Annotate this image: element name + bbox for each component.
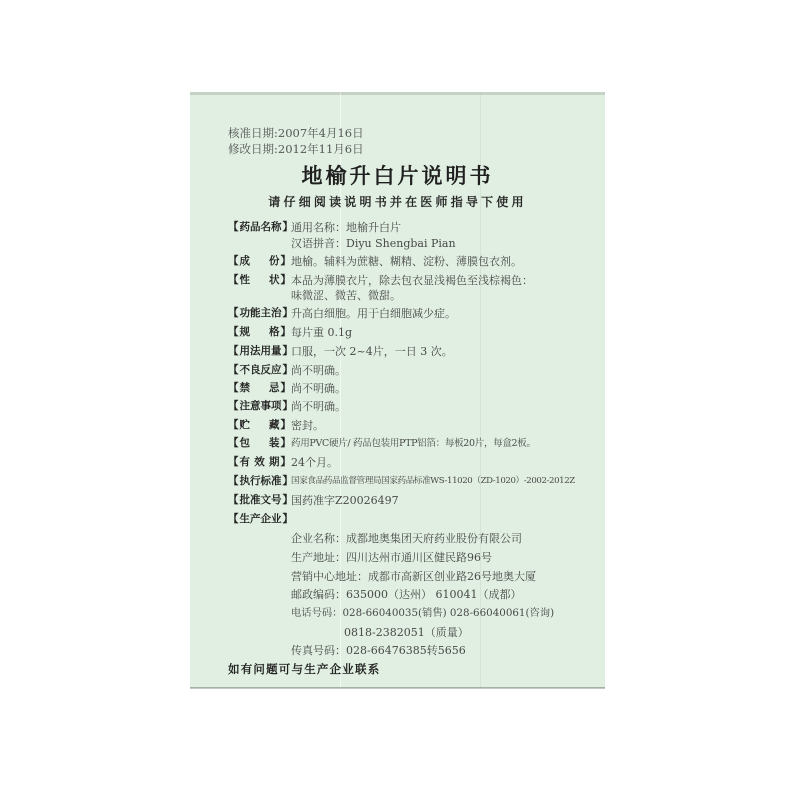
section-approval-number: 【批准文号】 国药准字Z20026497	[228, 493, 597, 508]
section-precautions: 【注意事项】 尚不明确。	[228, 399, 597, 414]
section-value: 24个月。	[291, 455, 597, 470]
paper-bottom-edge	[190, 687, 605, 689]
fax-number: 传真号码：028-66476385转5656	[291, 643, 466, 658]
section-label: 【用法用量】	[228, 344, 291, 359]
section-label: 【执行标准】	[228, 474, 291, 489]
section-value-cont: 味微涩、微苦、微甜。	[291, 288, 401, 303]
section-description: 【性状】 本品为薄膜衣片，除去包衣显浅褐色至浅棕褐色：	[228, 273, 597, 288]
section-drug-name: 【药品名称】 通用名称：地榆升白片	[228, 220, 597, 235]
section-shelf-life: 【有效期】 24个月。	[228, 455, 597, 470]
phone-numbers: 电话号码：028-66040035(销售) 028-66040061(咨询)	[291, 606, 554, 621]
marketing-address: 营销中心地址：成都市高新区创业路26号地奥大厦	[291, 569, 536, 584]
section-value: 尚不明确。	[291, 399, 597, 414]
section-value: 国家食品药品监督管理局国家药品标准WS-11020（ZD-1020）-2002-…	[291, 474, 597, 489]
contact-note: 如有问题可与生产企业联系	[228, 661, 380, 677]
production-address: 生产地址：四川达州市通川区健民路96号	[291, 550, 492, 565]
section-label: 【成份】	[228, 254, 291, 269]
section-label: 【不良反应】	[228, 363, 291, 378]
section-value: 每片重 0.1g	[291, 325, 597, 340]
section-dosage: 【用法用量】 口服，一次 2~4片，一日 3 次。	[228, 344, 597, 359]
section-label: 【规格】	[228, 325, 291, 340]
section-value: 口服，一次 2~4片，一日 3 次。	[291, 344, 597, 359]
section-value: 地榆。辅料为蔗糖、糊精、淀粉、薄膜包衣剂。	[291, 254, 597, 269]
section-label: 【性状】	[228, 273, 291, 288]
section-value: 尚不明确。	[291, 381, 597, 396]
section-adverse-reactions: 【不良反应】 尚不明确。	[228, 363, 597, 378]
section-storage: 【贮藏】 密封。	[228, 418, 597, 433]
section-value: 本品为薄膜衣片，除去包衣显浅褐色至浅棕褐色：	[291, 273, 597, 288]
section-label: 【有效期】	[228, 455, 291, 470]
section-label: 【生产企业】	[228, 512, 291, 527]
section-value: 通用名称：地榆升白片	[291, 220, 597, 235]
document-title: 地榆升白片说明书	[190, 160, 605, 190]
section-value: 尚不明确。	[291, 363, 597, 378]
section-value: 国药准字Z20026497	[291, 493, 597, 508]
paper-top-edge	[190, 93, 605, 95]
section-value: 药用PVC硬片/ 药品包装用PTP铝箔：每板20片，每盒2板。	[291, 436, 597, 451]
postal-code: 邮政编码：635000（达州） 610041（成都）	[291, 587, 521, 602]
section-label: 【批准文号】	[228, 493, 291, 508]
revision-date: 修改日期:2012年11月6日	[228, 142, 364, 156]
section-value: 密封。	[291, 418, 597, 433]
section-label: 【功能主治】	[228, 306, 291, 321]
section-manufacturer: 【生产企业】	[228, 512, 597, 527]
document-subtitle: 请仔细阅读说明书并在医师指导下使用	[190, 193, 605, 210]
section-label: 【贮藏】	[228, 418, 291, 433]
section-standard: 【执行标准】 国家食品药品监督管理局国家药品标准WS-11020（ZD-1020…	[228, 474, 597, 489]
approval-date: 核准日期:2007年4月16日	[228, 126, 364, 140]
section-specification: 【规格】 每片重 0.1g	[228, 325, 597, 340]
section-label: 【注意事项】	[228, 399, 291, 414]
company-name: 企业名称：成都地奥集团天府药业股份有限公司	[291, 531, 522, 546]
section-ingredients: 【成份】 地榆。辅料为蔗糖、糊精、淀粉、薄膜包衣剂。	[228, 254, 597, 269]
section-label: 【药品名称】	[228, 220, 291, 235]
section-contraindications: 【禁忌】 尚不明确。	[228, 381, 597, 396]
section-value-cont: 汉语拼音：Diyu Shengbai Pian	[291, 236, 456, 251]
section-value: 升高白细胞。用于白细胞减少症。	[291, 306, 597, 321]
section-label: 【包装】	[228, 436, 291, 451]
section-indications: 【功能主治】 升高白细胞。用于白细胞减少症。	[228, 306, 597, 321]
medicine-leaflet: 核准日期:2007年4月16日 修改日期:2012年11月6日 地榆升白片说明书…	[190, 93, 605, 687]
section-label: 【禁忌】	[228, 381, 291, 396]
section-packaging: 【包装】 药用PVC硬片/ 药品包装用PTP铝箔：每板20片，每盒2板。	[228, 436, 597, 451]
phone-quality: 0818-2382051（质量）	[344, 625, 469, 640]
